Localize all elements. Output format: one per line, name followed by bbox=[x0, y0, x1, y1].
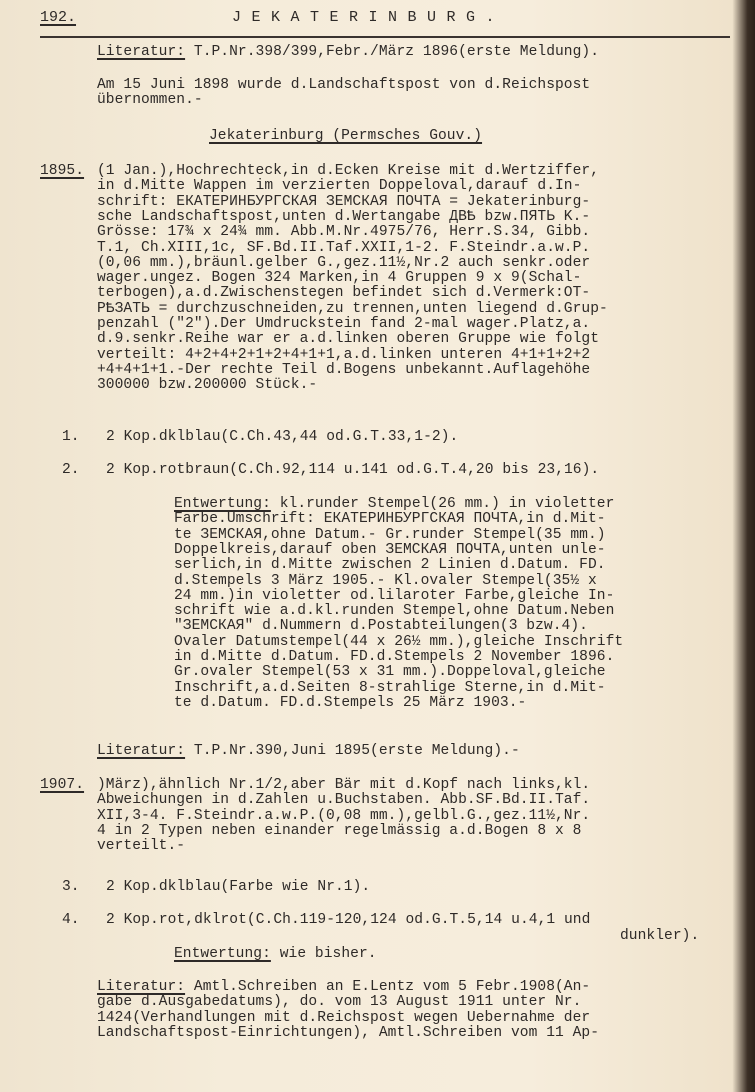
text-line: gabe d.Ausgabedatums), do. vom 13 August… bbox=[97, 995, 581, 1010]
text-line: 24 mm.)in violetter od.lilaroter Farbe,g… bbox=[174, 589, 614, 604]
stamp-description-continuation: dunkler). bbox=[620, 929, 699, 944]
text-line: serlich,in d.Mitte zwischen 2 Linien d.D… bbox=[174, 558, 606, 573]
text-line: РѢЗАТЬ = durchzuschneiden,zu trennen,unt… bbox=[97, 302, 608, 317]
stamp-number: 2. bbox=[62, 463, 80, 478]
text-line: terbogen),a.d.Zwischenstegen befindet si… bbox=[97, 286, 590, 301]
cancellation-label: Entwertung: bbox=[174, 946, 271, 962]
takeover-line: übernommen.- bbox=[97, 93, 203, 108]
intro-literature: Literatur: T.P.Nr.398/399,Febr./März 189… bbox=[97, 45, 599, 60]
literature-1907-first-line: Literatur: Amtl.Schreiben an E.Lentz vom… bbox=[97, 980, 590, 995]
text-line: (1 Jan.),Hochrechteck,in d.Ecken Kreise … bbox=[97, 164, 599, 179]
text-line: Grösse: 17¾ x 24¾ mm. Abb.M.Nr.4975/76, … bbox=[97, 225, 590, 240]
text-line: schrift wie a.d.kl.runden Stempel,ohne D… bbox=[174, 604, 614, 619]
section-heading: Jekaterinburg (Permsches Gouv.) bbox=[209, 129, 482, 144]
text-line: Gr.ovaler Stempel(53 x 31 mm.).Doppelova… bbox=[174, 665, 606, 680]
text-line: +4+4+1+1.-Der rechte Teil d.Bogens unbek… bbox=[97, 363, 590, 378]
cancellation-label: Entwertung: bbox=[174, 496, 271, 512]
literature-label: Literatur: bbox=[97, 979, 185, 995]
text-line: in d.Mitte d.Datum. FD.d.Stempels 2 Nove… bbox=[174, 650, 614, 665]
stamp-number: 1. bbox=[62, 430, 80, 445]
text-line: Abweichungen in d.Zahlen u.Buchstaben. A… bbox=[97, 793, 590, 808]
page-number: 192. bbox=[40, 9, 76, 26]
page-title: JEKATERINBURG. bbox=[232, 9, 505, 26]
stamp-description: 2 Kop.rotbraun(C.Ch.92,114 u.141 od.G.T.… bbox=[106, 463, 599, 478]
literature-1895: Literatur: T.P.Nr.390,Juni 1895(erste Me… bbox=[97, 744, 520, 759]
stamp-number: 3. bbox=[62, 880, 80, 895]
cancellation-first-line: Entwertung: kl.runder Stempel(26 mm.) in… bbox=[174, 497, 614, 512]
text-line: T.1, Ch.XIII,1c, SF.Bd.II.Taf.XXII,1-2. … bbox=[97, 241, 590, 256]
text-line: XII,3-4. F.Steindr.a.w.P.(0,08 mm.),gelb… bbox=[97, 809, 590, 824]
text-line: verteilt.- bbox=[97, 839, 185, 854]
typewritten-page: 192. JEKATERINBURG. Literatur: T.P.Nr.39… bbox=[0, 0, 755, 1092]
text-line: )März),ähnlich Nr.1/2,aber Bär mit d.Kop… bbox=[97, 778, 590, 793]
text-line: verteilt: 4+2+4+2+1+2+4+1+1,a.d.linken u… bbox=[97, 348, 590, 363]
text-line: "ЗЕМСКАЯ" d.Nummern d.Postabteilungen(3 … bbox=[174, 619, 588, 634]
takeover-line: Am 15 Juni 1898 wurde d.Landschaftspost … bbox=[97, 78, 590, 93]
year-label-1895: 1895. bbox=[40, 164, 84, 179]
text-line: (0,06 mm.),bräunl.gelber G.,gez.11½,Nr.2… bbox=[97, 256, 590, 271]
year-label-1907: 1907. bbox=[40, 778, 84, 793]
text-line: Farbe.Umschrift: ЕКАТЕРИНБУРГСКАЯ ПОЧТА,… bbox=[174, 512, 606, 527]
text-line: Inschrift,a.d.Seiten 8-strahlige Sterne,… bbox=[174, 681, 606, 696]
text-line: wager.ungez. Bogen 324 Marken,in 4 Grupp… bbox=[97, 271, 581, 286]
text-line: Ovaler Datumstempel(44 x 26½ mm.),gleich… bbox=[174, 635, 623, 650]
text-line: te ЗЕМСКАЯ,ohne Datum.- Gr.runder Stempe… bbox=[174, 528, 606, 543]
literature-label: Literatur: bbox=[97, 743, 185, 759]
text-line: schrift: ЕКАТЕРИНБУРГСКАЯ ЗЕМСКАЯ ПОЧТА … bbox=[97, 195, 590, 210]
text-line: d.9.senkr.Reihe war er a.d.linken oberen… bbox=[97, 332, 599, 347]
text-line: d.Stempels 3 März 1905.- Kl.ovaler Stemp… bbox=[174, 574, 597, 589]
text-line: Doppelkreis,darauf oben ЗЕМСКАЯ ПОЧТА,un… bbox=[174, 543, 606, 558]
cancellation-1907: Entwertung: wie bisher. bbox=[174, 947, 377, 962]
stamp-description: 2 Kop.dklblau(Farbe wie Nr.1). bbox=[106, 880, 370, 895]
text-line: te d.Datum. FD.d.Stempels 25 März 1903.- bbox=[174, 696, 526, 711]
text-line: 1424(Verhandlungen mit d.Reichspost wege… bbox=[97, 1011, 590, 1026]
stamp-number: 4. bbox=[62, 913, 80, 928]
stamp-description: 2 Kop.rot,dklrot(C.Ch.119-120,124 od.G.T… bbox=[106, 913, 590, 928]
text-line: 4 in 2 Typen neben einander regelmässig … bbox=[97, 824, 581, 839]
text-line: in d.Mitte Wappen im verzierten Doppelov… bbox=[97, 179, 581, 194]
text-line: penzahl ("2").Der Umdruckstein fand 2-ma… bbox=[97, 317, 590, 332]
stamp-description: 2 Kop.dklblau(C.Ch.43,44 od.G.T.33,1-2). bbox=[106, 430, 458, 445]
literature-label: Literatur: bbox=[97, 44, 185, 60]
text-line: 300000 bzw.200000 Stück.- bbox=[97, 378, 317, 393]
text-line: Landschaftspost-Einrichtungen), Amtl.Sch… bbox=[97, 1026, 599, 1041]
text-line: sche Landschaftspost,unten d.Wertangabe … bbox=[97, 210, 590, 225]
header-rule bbox=[40, 36, 730, 38]
